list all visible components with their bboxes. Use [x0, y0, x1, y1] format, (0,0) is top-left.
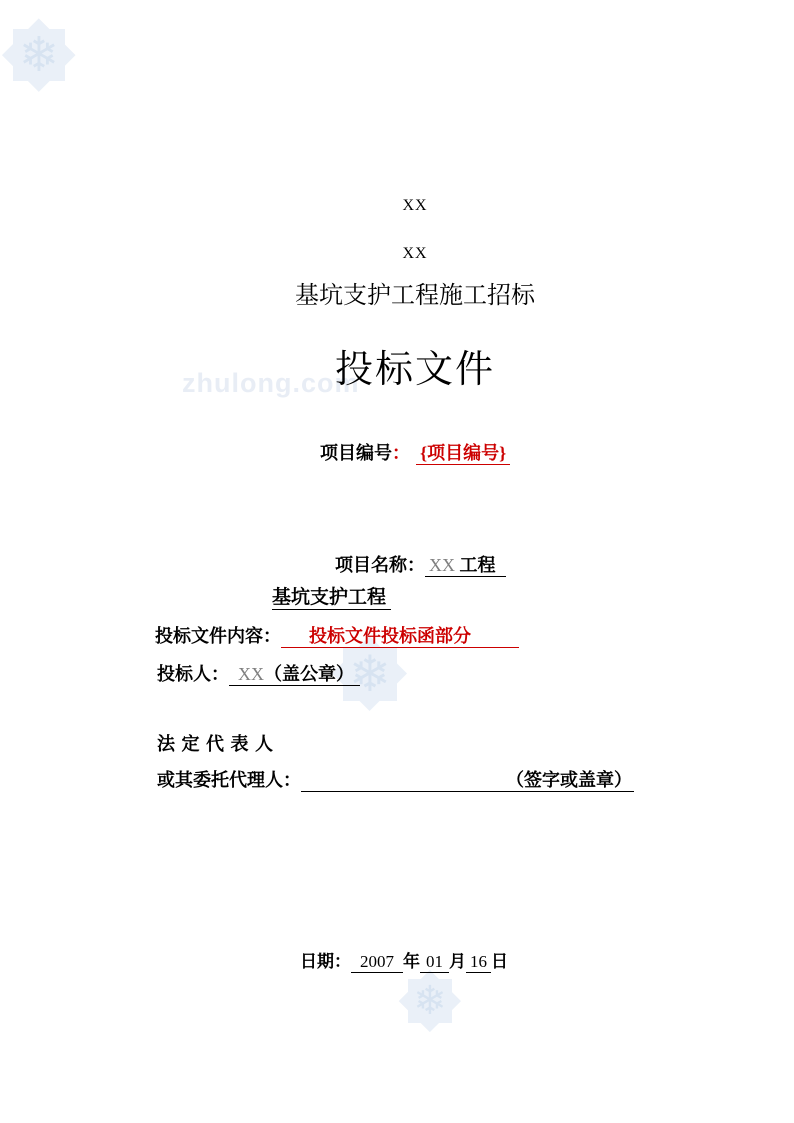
project-code: XX	[429, 555, 455, 575]
date-year-unit: 年	[403, 952, 420, 971]
bid-content-line: 投标文件内容：投标文件投标函部分	[155, 625, 519, 648]
org-code-line-2: XX	[402, 244, 427, 264]
bid-content-value: 投标文件投标函部分	[309, 626, 471, 646]
project-name-value: XX 工程	[425, 555, 506, 577]
bidder-label: 投标人：	[157, 664, 229, 684]
signature-underline: （签字或盖章）	[301, 770, 634, 792]
project-number-value: {项目编号}	[416, 443, 510, 465]
date-line: 日期：2007年01月16日	[300, 951, 508, 973]
date-year: 2007	[351, 952, 403, 973]
bidder-value: XX（盖公章）	[229, 664, 360, 686]
bidder-seal-note: （盖公章）	[264, 664, 354, 684]
agent-label: 或其委托代理人：	[157, 770, 301, 790]
project-name-suffix: 工程	[455, 555, 496, 575]
project-number-colon: ：	[392, 443, 410, 463]
project-name-line: 项目名称：XX 工程	[335, 554, 506, 577]
document-page: ❄ zhulong.com ❄ ❄ XX XX 基坑支护工程施工招标 投标文件 …	[0, 0, 794, 1123]
date-day: 16	[466, 952, 491, 973]
snowflake-icon: ❄	[6, 22, 72, 88]
tender-subject-line: 基坑支护工程施工招标	[295, 281, 535, 311]
document-title: 投标文件	[335, 347, 495, 395]
agent-line: 或其委托代理人：（签字或盖章）	[157, 769, 634, 792]
signature-note: （签字或盖章）	[506, 770, 632, 790]
org-code-line-1: XX	[402, 196, 427, 216]
bid-content-underline: 投标文件投标函部分	[281, 626, 519, 648]
bidder-code: XX	[238, 664, 264, 684]
snowflake-watermark-bottom: ❄	[402, 973, 458, 1029]
snowflake-watermark-top-left: ❄	[6, 22, 72, 88]
project-name-label: 项目名称：	[335, 555, 425, 575]
date-month-unit: 月	[449, 952, 466, 971]
project-scope-text: 基坑支护工程	[272, 587, 391, 610]
project-number-label: 项目编号	[320, 443, 392, 463]
bid-content-label: 投标文件内容：	[155, 626, 281, 646]
project-scope-line: 基坑支护工程	[272, 586, 391, 610]
date-month: 01	[420, 952, 449, 973]
legal-representative-line: 法 定 代 表 人	[157, 733, 274, 756]
site-watermark: zhulong.com	[182, 368, 359, 399]
bidder-line: 投标人：XX（盖公章）	[157, 663, 360, 686]
snowflake-icon: ❄	[402, 973, 458, 1029]
project-number-line: 项目编号：{项目编号}	[320, 442, 510, 465]
date-label: 日期：	[300, 952, 351, 971]
date-day-unit: 日	[491, 952, 508, 971]
